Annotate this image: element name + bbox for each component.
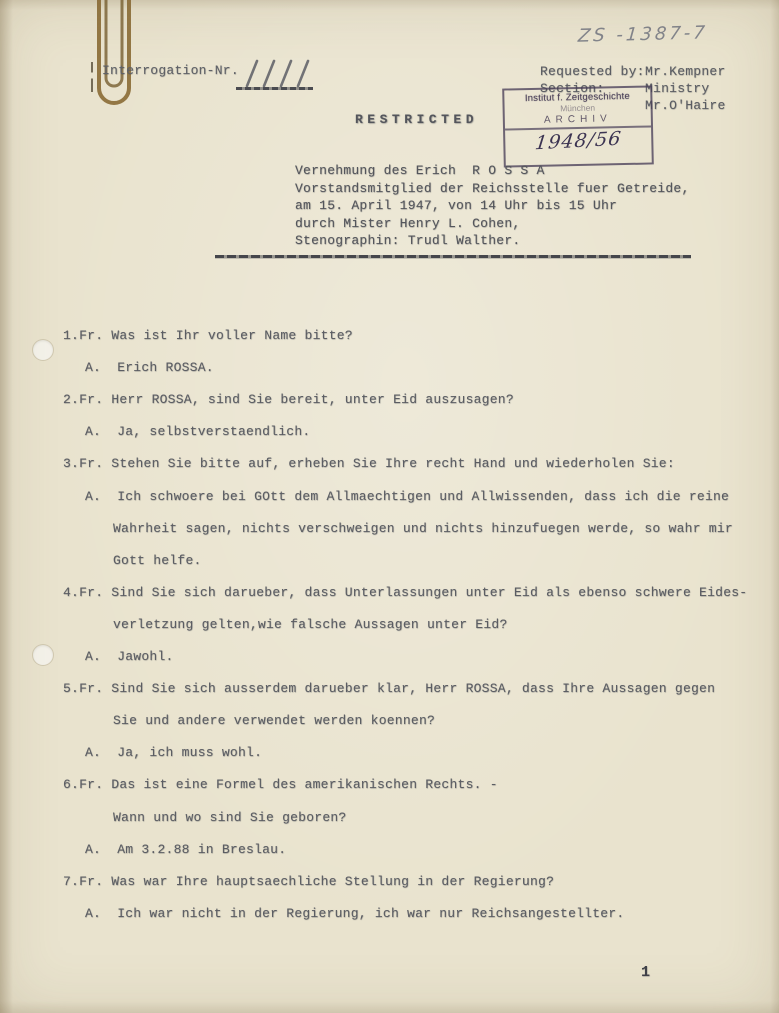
title-divider-rule <box>215 255 691 258</box>
fold-mark <box>91 62 93 92</box>
transcript-line: 7.Fr. Was war Ihre hauptsaechliche Stell… <box>63 874 554 889</box>
transcript-line: 4.Fr. Sind Sie sich darueber, dass Unter… <box>63 585 747 600</box>
interrogation-number-label: Interrogation-Nr. <box>102 63 239 78</box>
title-line: Stenographin: Trudl Walther. <box>295 232 690 250</box>
requested-by-label: Requested by: <box>540 64 645 79</box>
interrogation-number-underline <box>236 87 313 90</box>
transcript-line: 5.Fr. Sind Sie sich ausserdem darueber k… <box>63 681 715 696</box>
transcript-line: Wahrheit sagen, nichts verschweigen und … <box>113 521 733 536</box>
stamp-number-handwritten: 1948/56 <box>504 126 653 156</box>
page-number: 1 <box>641 964 650 981</box>
transcript-line: 3.Fr. Stehen Sie bitte auf, erheben Sie … <box>63 456 675 471</box>
document-title-block: Vernehmung des Erich R O S S AVorstandsm… <box>295 162 690 250</box>
stamp-archiv-label: ARCHIV <box>505 112 651 126</box>
second-requester-name: Mr.O'Haire <box>645 98 726 113</box>
title-line: durch Mister Henry L. Cohen, <box>295 215 690 233</box>
transcript-line: A. Am 3.2.88 in Breslau. <box>85 842 286 857</box>
transcript-line: 6.Fr. Das ist eine Formel des amerikanis… <box>63 777 498 792</box>
paperclip <box>90 0 138 124</box>
transcript-line: Wann und wo sind Sie geboren? <box>113 810 347 825</box>
interrogation-number-handwritten <box>243 58 315 89</box>
transcript-line: Sie und andere verwendet werden koennen? <box>113 713 435 728</box>
transcript-line: A. Ich schwoere bei GOtt dem Allmaechtig… <box>85 489 729 504</box>
transcript-line: A. Ich war nicht in der Regierung, ich w… <box>85 906 624 921</box>
classification-marking: RESTRICTED <box>355 112 478 127</box>
title-line: Vernehmung des Erich R O S S A <box>295 162 690 180</box>
transcript-line: 1.Fr. Was ist Ihr voller Name bitte? <box>63 328 353 343</box>
archive-stamp: Institut f. Zeitgeschichte München ARCHI… <box>502 85 654 167</box>
archive-reference-handwritten: ZS -1387-7 <box>577 22 708 46</box>
transcript-line: A. Jawohl. <box>85 649 174 664</box>
transcript-line: verletzung gelten,wie falsche Aussagen u… <box>113 617 508 632</box>
transcript: 1.Fr. Was ist Ihr voller Name bitte?A. E… <box>0 328 779 948</box>
transcript-line: 2.Fr. Herr ROSSA, sind Sie bereit, unter… <box>63 392 514 407</box>
title-line: Vorstandsmitglied der Reichsstelle fuer … <box>295 180 690 198</box>
transcript-line: A. Erich ROSSA. <box>85 360 214 375</box>
requested-by-name: Mr.Kempner <box>645 64 726 79</box>
title-line: am 15. April 1947, von 14 Uhr bis 15 Uhr <box>295 197 690 215</box>
transcript-line: A. Ja, ich muss wohl. <box>85 745 262 760</box>
transcript-line: Gott helfe. <box>113 553 202 568</box>
transcript-line: A. Ja, selbstverstaendlich. <box>85 424 310 439</box>
section-value: Ministry <box>645 81 709 96</box>
scanned-document-page: ZS -1387-7 Interrogation-Nr. Requested b… <box>0 0 779 1013</box>
